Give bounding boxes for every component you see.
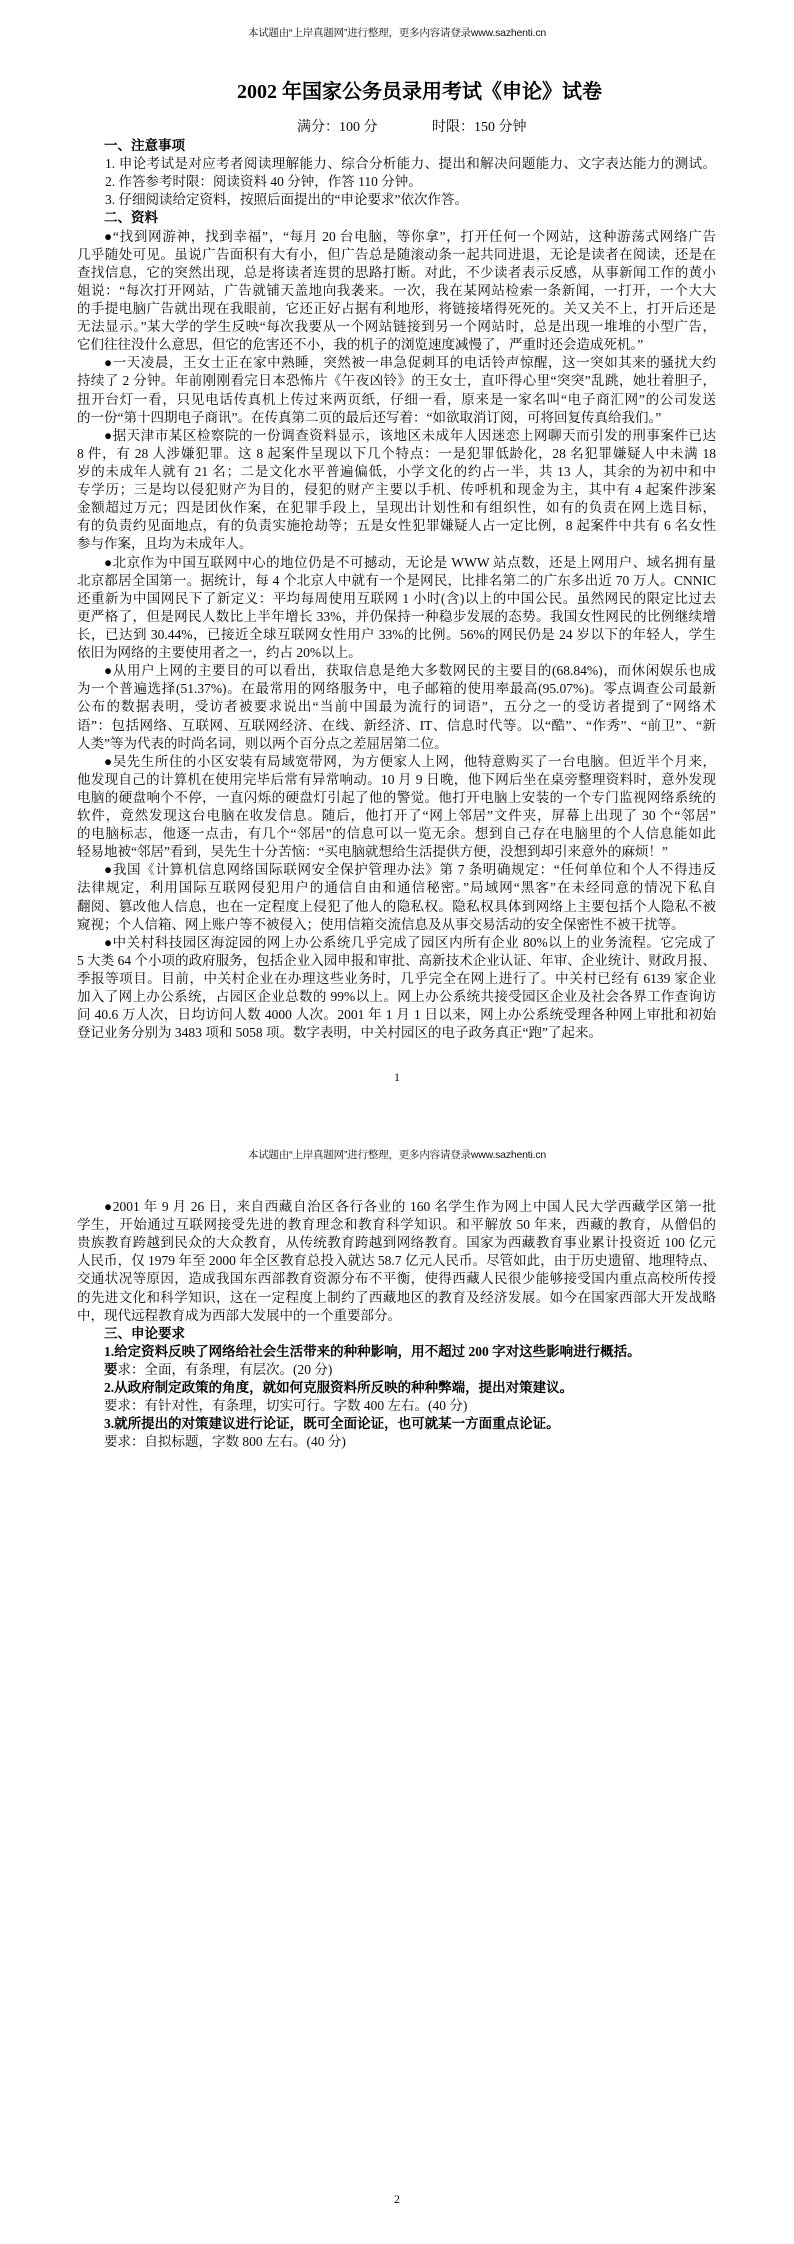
material-paragraph: ●吴先生所住的小区安装有局域宽带网，为方便家人上网，他特意购买了一台电脑。但近半… <box>77 753 716 862</box>
text-line: 无法显示。”某大学的学生反映“每次我要从一个网站链接到另一个网站时，总是出现一堆… <box>77 318 716 336</box>
text-line: 长，已达到 30.44%，已接近全球互联网女性用户 33%的比例。56%的网民仍… <box>77 626 716 644</box>
material-paragraph: ●一天凌晨，王女士正在家中熟睡，突然被一串急促刺耳的电话铃声惊醒，这一突如其来的… <box>77 354 716 426</box>
text-line: 加入了网上办公系统，占园区企业总数的 99%以上。网上办公系统共接受园区企业及社… <box>77 988 716 1006</box>
material-paragraph: ●北京作为中国互联网中心的地位仍是不可撼动，无论是 WWW 站点数，还是上网用户… <box>77 554 716 663</box>
text-line: 参与作案，且均为未成年人。 <box>77 535 716 553</box>
material-paragraph: ●据天津市某区检察院的一份调查资料显示，该地区未成年人因迷恋上网聊天而引发的刑事… <box>77 427 716 554</box>
question-3: 3.就所提出的对策建议进行论证，既可全面论证，也可就某一方面重点论证。 要求：自… <box>77 1415 716 1451</box>
text-line: 北京都居全国第一。据统计，每 4 个北京人中就有一个是网民，比排名第二的广东多出… <box>77 572 716 590</box>
text-line: 的一份“第十四期电子商讯”。在传真第二页的最后还写着：“如欲取消订阅，可将回复传… <box>77 409 716 427</box>
section-heading-notes: 一、注意事项 <box>77 137 716 155</box>
text-line: ●“找到网游神，找到幸福”，“每月 20 台电脑，等你拿”，打开任何一个网站，这… <box>77 228 716 246</box>
text-line: ●我国《计算机信息网络国际联网安全保护管理办法》第 7 条明确规定：“任何单位和… <box>77 861 716 879</box>
text-line: ●中关村科技园区海淀园的网上办公系统几乎完成了园区内所有企业 80%以上的业务流… <box>77 934 716 952</box>
section-heading-requirements: 三、申论要求 <box>77 1325 716 1343</box>
text-line: ●北京作为中国互联网中心的地位仍是不可撼动，无论是 WWW 站点数，还是上网用户… <box>77 554 716 572</box>
text-line: 为一个普遍选择(51.37%)。在最常用的网络服务中，电子邮箱的使用率最高(95… <box>77 680 716 698</box>
page-2-body: ●2001 年 9 月 26 日，来自西藏自治区各行各业的 160 名学生作为网… <box>77 1198 716 1452</box>
question-1: 1.给定资料反映了网络给社会生活带来的种种影响，用不超过 200 字对这些影响进… <box>77 1343 716 1379</box>
page-header-watermark: 本试题由“上岸真题网”进行整理，更多内容请登录www.sazhenti.cn <box>0 26 794 40</box>
note-item: 1. 申论考试是对应考者阅读理解能力、综合分析能力、提出和解决问题能力、文字表达… <box>77 155 716 173</box>
text-line: 更严格了，但是网民人数比上半年增长 33%，并仍保持一种稳步发展的态势。我国女性… <box>77 608 716 626</box>
text-line: 8 件，有 28 人涉嫌犯罪。这 8 起案件呈现以下几个特点：一是犯罪低龄化，2… <box>77 445 716 463</box>
question-prompt: 1.给定资料反映了网络给社会生活带来的种种影响，用不超过 200 字对这些影响进… <box>77 1343 716 1361</box>
text-line: ●从用户上网的主要目的可以看出，获取信息是绝大多数网民的主要目的(68.84%)… <box>77 662 716 680</box>
page-number: 1 <box>0 1069 794 1085</box>
text-line: 5 大类 64 个小项的政府服务，包括企业入园申报和审批、高新技术企业认证、年审… <box>77 952 716 970</box>
text-line: ●据天津市某区检察院的一份调查资料显示，该地区未成年人因迷恋上网聊天而引发的刑事… <box>77 427 716 445</box>
question-requirement: 要求：全面，有条理，有层次。(20 分) <box>77 1361 716 1379</box>
text-line: 交通状况等原因，造成我国东西部教育资源分布不平衡，使得西藏人民很少能够接受国内重… <box>77 1270 716 1288</box>
text-line: 它们往往没什么意思，但它的危害还不小，我的机子的浏览速度减慢了，严重时还会造成死… <box>77 336 716 354</box>
page-2: 本试题由“上岸真题网”进行整理，更多内容请登录www.sazhenti.cn ●… <box>0 1122 794 2244</box>
full-score-label: 满分：100 分 <box>297 119 378 137</box>
exam-title: 2002 年国家公务员录用考试《申论》试卷 <box>0 80 794 104</box>
requirement-emphasis: 要 <box>104 1362 118 1377</box>
question-prompt: 2.从政府制定政策的角度，就如何克服资料所反映的种种弊端，提出对策建议。 <box>77 1379 716 1397</box>
text-line: 中，现代远程教育成为西部大发展中的一个重要部分。 <box>77 1307 716 1325</box>
text-line: 持续了 2 分钟。年前刚刚看完日本恐怖片《午夜凶铃》的王女士，直吓得心里“突突”… <box>77 372 716 390</box>
material-paragraph: ●从用户上网的主要目的可以看出，获取信息是绝大多数网民的主要目的(68.84%)… <box>77 662 716 753</box>
page-header-watermark: 本试题由“上岸真题网”进行整理，更多内容请登录www.sazhenti.cn <box>0 1148 794 1162</box>
text-line: 翻阅、篡改他人信息，也在一定程度上侵犯了他人的隐私权。隐私权具体到网络上主要包括… <box>77 898 716 916</box>
note-item: 3. 仔细阅读给定资料，按照后面提出的“申论要求”依次作答。 <box>77 191 716 209</box>
text-line: 金额超过万元；四是团伙作案，在犯罪手段上，呈现出计划性和有组织性，如有的负责在网… <box>77 499 716 517</box>
text-line: 季报等项目。目前，中关村企业在办理这些业务时，几乎完全在网上进行了。中关村已经有… <box>77 970 716 988</box>
question-2: 2.从政府制定政策的角度，就如何克服资料所反映的种种弊端，提出对策建议。 要求：… <box>77 1379 716 1415</box>
text-line: ●吴先生所住的小区安装有局域宽带网，为方便家人上网，他特意购买了一台电脑。但近半… <box>77 753 716 771</box>
question-prompt: 3.就所提出的对策建议进行论证，既可全面论证，也可就某一方面重点论证。 <box>77 1415 716 1433</box>
text-line: 的先进文化和科学知识，这在一定程度上制约了西藏地区的教育及经济发展。如今在国家西… <box>77 1289 716 1307</box>
text-line: 有的负责约见面地点，有的负责实施抢劫等；五是女性犯罪嫌疑人占一定比例，8 起案件… <box>77 517 716 535</box>
material-paragraph: ●中关村科技园区海淀园的网上办公系统几乎完成了园区内所有企业 80%以上的业务流… <box>77 934 716 1043</box>
time-limit-label: 时限：150 分钟 <box>432 119 527 137</box>
text-line: 专学历；三是均以侵犯财产为目的，侵犯的财产主要以手机、传呼机和现金为主，其中有 … <box>77 481 716 499</box>
section-heading-materials: 二、资料 <box>77 209 716 227</box>
text-line: 登记业务分别为 3483 项和 5058 项。数字表明，中关村园区的电子政务真正… <box>77 1024 716 1042</box>
text-line: 还重新为中国网民下了新定义：平均每周使用互联网 1 小时(含)以上的中国公民。虽… <box>77 590 716 608</box>
text-line: 语”：包括网络、互联网、互联网经济、在线、新经济、IT、信息时代等。以“酷”、“… <box>77 717 716 735</box>
text-line: 人类”等为代表的时尚名词，则以两个百分点之差屈居第二位。 <box>77 735 716 753</box>
text-line: 公布的数据表明，受访者被要求说出“当前中国最为流行的词语”，五分之一的受访者提到… <box>77 698 716 716</box>
text-line: 姐说：“每次打开网站，广告就铺天盖地向我袭来。一次，我在某网站检索一条新闻，一打… <box>77 282 716 300</box>
text-line: 窥视；个人信箱、网上账户等不被侵入；使用信箱交流信息及从事交易活动的安全保密性不… <box>77 916 716 934</box>
text-line: 法律规定，利用国际互联网侵犯用户的通信自由和通信秘密。”局域网“黑客”在未经同意… <box>77 879 716 897</box>
text-line: 轻易地被“邻居”看到，吴先生十分苦恼：“买电脑就想给生活提供方便，没想到却引来意… <box>77 843 716 861</box>
text-line: ●2001 年 9 月 26 日，来自西藏自治区各行各业的 160 名学生作为网… <box>77 1198 716 1216</box>
page-1-body: 一、注意事项 1. 申论考试是对应考者阅读理解能力、综合分析能力、提出和解决问题… <box>77 137 716 1042</box>
material-paragraph: ●2001 年 9 月 26 日，来自西藏自治区各行各业的 160 名学生作为网… <box>77 1198 716 1325</box>
page-1: 本试题由“上岸真题网”进行整理，更多内容请登录www.sazhenti.cn 2… <box>0 0 794 1122</box>
text-line: 查找信息，它的突然出现，总是将读者连贯的思路打断。对此，不少读者表示反感，从事新… <box>77 264 716 282</box>
text-line: 的手提电脑广告就出现在我眼前，它还正好占据有利地形，将链接堵得死死的。关又关不上… <box>77 300 716 318</box>
question-requirement: 要求：自拟标题，字数 800 左右。(40 分) <box>77 1433 716 1451</box>
text-line: 他发现自己的计算机在使用完毕后常有异常响动。10 月 9 日晚，他下网后坐在桌旁… <box>77 771 716 789</box>
text-line: 的电脑标志，他逐一点击，有几个“邻居”的信息可以一览无余。想到自己存在电脑里的个… <box>77 825 716 843</box>
text-line: 问 40.6 万人次，日均访问人数 4000 人次。2001 年 1 月 1 日… <box>77 1006 716 1024</box>
material-paragraph: ●“找到网游神，找到幸福”，“每月 20 台电脑，等你拿”，打开任何一个网站，这… <box>77 228 716 355</box>
text-line: 几乎随处可见。虽说广告面积有大有小，但广告总是随滚动条一起共同进退，无论是读者在… <box>77 246 716 264</box>
text-line: 依旧为网络的主要使用者之一，约占 20%以上。 <box>77 644 716 662</box>
text-line: 学生，开始通过互联网接受先进的教育理念和教育科学知识。和平解放 50 年来，西藏… <box>77 1216 716 1234</box>
note-item: 2. 作答参考时限：阅读资料 40 分钟，作答 110 分钟。 <box>77 173 716 191</box>
requirement-text: 求：全面，有条理，有层次。(20 分) <box>118 1362 333 1377</box>
page-number: 2 <box>0 2191 794 2207</box>
material-paragraph: ●我国《计算机信息网络国际联网安全保护管理办法》第 7 条明确规定：“任何单位和… <box>77 861 716 933</box>
question-requirement: 要求：有针对性，有条理，切实可行。字数 400 左右。(40 分) <box>77 1397 716 1415</box>
text-line: 岁的未成年人就有 21 名；二是文化水平普遍偏低，小学文化的约占一半，共 13 … <box>77 463 716 481</box>
text-line: ●一天凌晨，王女士正在家中熟睡，突然被一串急促刺耳的电话铃声惊醒，这一突如其来的… <box>77 354 716 372</box>
text-line: 贵族教育跨越到民众的大众教育，从传统教育跨越到网络教育。国家为西藏教育事业累计投… <box>77 1234 716 1252</box>
text-line: 扭开台灯一看，只见电话传真机上传过来两页纸，仔细一看，原来是一家名叫“电子商汇网… <box>77 391 716 409</box>
text-line: 电脑的硬盘响个不停，一直闪烁的硬盘灯引起了他的警觉。他打开电脑上安装的一个专门监… <box>77 789 716 807</box>
text-line: 软件，竟然发现这台电脑在收发信息。随后，他打开了“网上邻居”文件夹，屏幕上出现了… <box>77 807 716 825</box>
text-line: 人民币，仅 1979 年至 2000 年全区教育总投入就达 58.7 亿元人民币… <box>77 1252 716 1270</box>
